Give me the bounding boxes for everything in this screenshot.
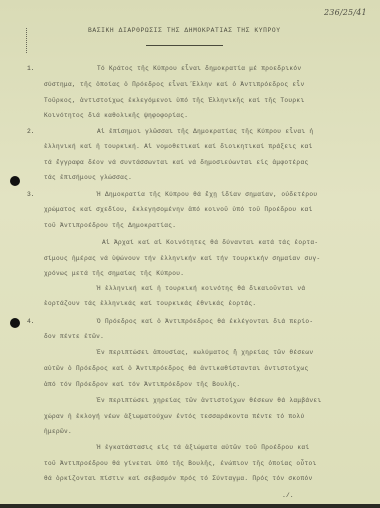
- section-3-line-3: τοῦ Ἀντιπροέδρου τῆς Δημοκρατίας.: [44, 222, 176, 229]
- section-3-line-7: Ἡ ἑλληνική καί ἡ τουρκική κοινότης θά δι…: [97, 285, 305, 292]
- section-3-line-8: ἑορτάζουν τάς ἑλληνικάς καί τουρκικάς ἐθ…: [44, 300, 256, 307]
- scan-edge: [0, 504, 380, 508]
- section-3-line-2: χρώματος καί σχεδίου, ἐκλεγησομένην ἀπό …: [44, 206, 312, 213]
- section-4-line-3: Ἐν περιπτώσει ἀπουσίας, κωλύματος ἤ χηρε…: [97, 349, 313, 356]
- section-4-line-9: Ἡ ἐγκατάστασις εἰς τά ἀξιώματα αὐτῶν τοῦ…: [97, 444, 309, 451]
- section-3-line-5: σίμους ἡμέρας νά ὑψώνουν τήν ἑλληνικήν κ…: [44, 255, 320, 262]
- section-4-line-7: χώραν ἡ ἐκλογή νέων ἀξιωματούχων ἐντός τ…: [44, 413, 304, 420]
- section-2-line-3: τά ἔγγραφα δέον νά συντάσσωνται καί νά δ…: [44, 159, 308, 166]
- document-title: ΒΑΣΙΚΗ ΔΙΑΡΘΡΩΣΙΣ ΤΗΣ ΔΗΜΟΚΡΑΤΙΑΣ ΤΗΣ ΚΥ…: [88, 27, 281, 34]
- section-1-line-3: Τοῦρκος, ἀντιστοίχως ἐκλεγόμενοι ὑπό τῆς…: [44, 97, 304, 104]
- section-4-line-1: Ὁ Πρόεδρος καί ὁ Ἀντιπρόεδρος θά ἐκλέγον…: [97, 318, 313, 325]
- continuation-mark: ./.: [282, 492, 294, 499]
- document-page: 236/25/41 ΒΑΣΙΚΗ ΔΙΑΡΘΡΩΣΙΣ ΤΗΣ ΔΗΜΟΚΡΑΤ…: [0, 0, 380, 504]
- section-1-line-4: Κοινότητος διά καθολικῆς ψηφοφορίας.: [44, 112, 188, 119]
- section-4-line-10: τοῦ Ἀντιπροέδρου θά γίνεται ὑπό τῆς Βουλ…: [44, 460, 316, 467]
- section-3-line-6: χρόνως μετά τῆς σημαίας τῆς Κύπρου.: [44, 270, 184, 277]
- section-4-line-5: ἀπό τόν Πρόεδρον καί τόν Ἀντιπρόεδρον τῆ…: [44, 381, 240, 388]
- section-4-line-6: Ἐν περιπτώσει χηρείας τῶν ἀντιστοίχων θέ…: [97, 397, 321, 404]
- section-4-line-8: ἡμερῶν.: [44, 428, 72, 435]
- section-1-line-1: Τό Κράτος τῆς Κύπρου εἶναι δημοκρατία μέ…: [97, 65, 301, 72]
- section-2-line-4: τάς ἐπισήμους γλώσσας.: [44, 174, 132, 181]
- punch-hole: [10, 318, 20, 328]
- section-2-line-2: ἑλληνική καί ἡ τουρκική. Αἱ νομοθετικαί …: [44, 143, 312, 150]
- section-number-1: 1.: [27, 65, 35, 72]
- section-2-line-1: Αἱ ἐπίσημοι γλῶσσαι τῆς Δημοκρατίας τῆς …: [97, 128, 313, 135]
- archive-reference: 236/25/41: [324, 8, 367, 17]
- section-1-line-2: σύστημα, τῆς ὁποίας ὁ Πρόεδρος εἶναι Ἕλλ…: [44, 81, 304, 88]
- section-3-line-1: Ἡ Δημοκρατία τῆς Κύπρου θά ἔχῃ ἰδίαν σημ…: [97, 191, 317, 198]
- section-4-line-4: αὐτῶν ὁ Πρόεδρος καί ὁ Ἀντιπρόεδρος θά ἀ…: [44, 365, 308, 372]
- section-number-4: 4.: [27, 318, 35, 325]
- section-3-line-4: Αἱ Ἀρχαί καί αἱ Κοινότητες θά δύνανται κ…: [102, 239, 318, 246]
- section-number-3: 3.: [27, 191, 35, 198]
- section-number-2: 2.: [27, 128, 35, 135]
- title-underline: [146, 45, 223, 46]
- section-4-line-11: θά ὁρκίζονται πίστιν καί σεβασμόν πρός τ…: [44, 475, 312, 482]
- section-4-line-2: δον πέντε ἐτῶν.: [44, 333, 104, 340]
- margin-mark: [26, 28, 28, 53]
- punch-hole: [10, 176, 20, 186]
